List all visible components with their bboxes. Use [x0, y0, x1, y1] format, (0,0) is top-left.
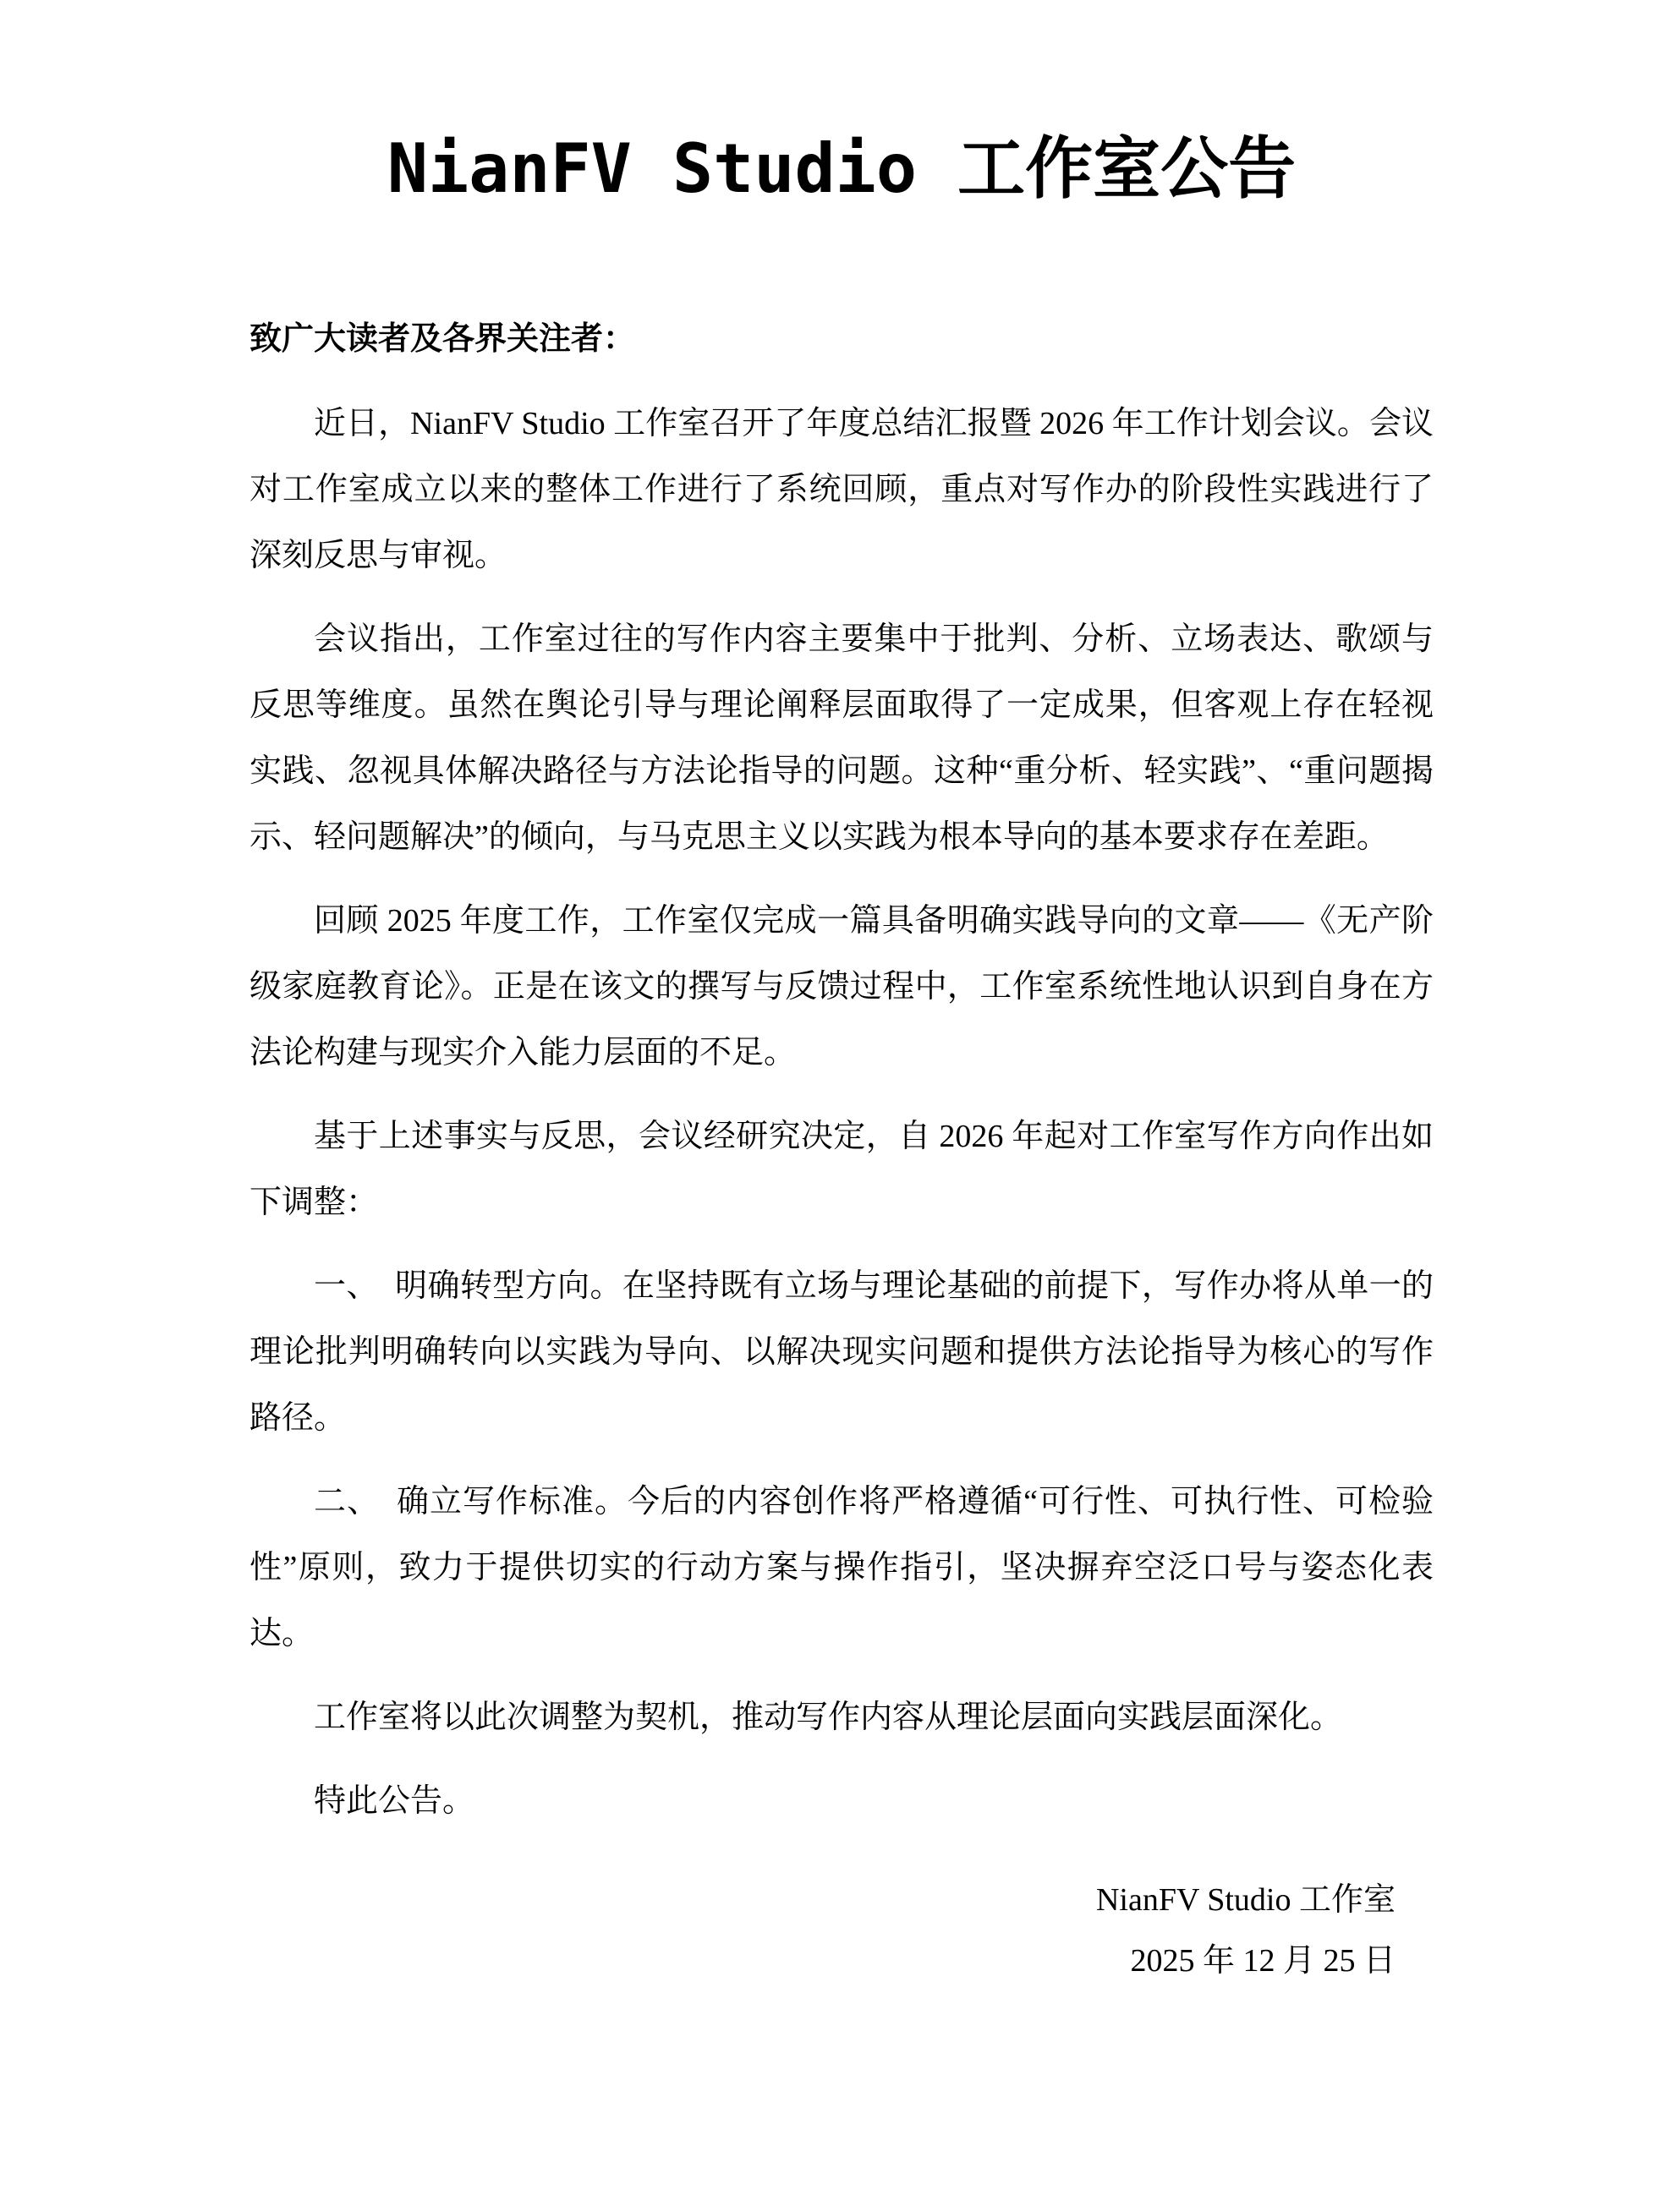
paragraph-commitment: 工作室将以此次调整为契机，推动写作内容从理论层面向实践层面深化。 — [250, 1684, 1434, 1750]
paragraph-meeting-intro: 近日，NianFV Studio 工作室召开了年度总结汇报暨 2026 年工作计… — [250, 391, 1434, 589]
paragraph-meeting-findings: 会议指出，工作室过往的写作内容主要集中于批判、分析、立场表达、歌颂与反思等维度。… — [250, 606, 1434, 870]
signature-date: 2025 年 12 月 25 日 — [250, 1930, 1396, 1991]
salutation: 致广大读者及各界关注者： — [250, 306, 1434, 372]
paragraph-2025-review: 回顾 2025 年度工作，工作室仅完成一篇具备明确实践导向的文章——《无产阶级家… — [250, 888, 1434, 1086]
paragraph-decision-intro: 基于上述事实与反思，会议经研究决定，自 2026 年起对工作室写作方向作出如下调… — [250, 1103, 1434, 1235]
signature-block: NianFV Studio 工作室 2025 年 12 月 25 日 — [250, 1870, 1434, 1991]
closing-phrase: 特此公告。 — [250, 1768, 1434, 1834]
signature-name: NianFV Studio 工作室 — [250, 1870, 1396, 1930]
page-title: NianFV Studio 工作室公告 — [250, 125, 1434, 213]
announcement-page: NianFV Studio 工作室公告 致广大读者及各界关注者： 近日，Nian… — [0, 0, 1678, 2212]
list-item-1-transformation-direction: 一、 明确转型方向。在坚持既有立场与理论基础的前提下，写作办将从单一的理论批判明… — [250, 1253, 1434, 1451]
list-item-2-writing-standards: 二、 确立写作标准。今后的内容创作将严格遵循“可行性、可执行性、可检验性”原则，… — [250, 1469, 1434, 1667]
